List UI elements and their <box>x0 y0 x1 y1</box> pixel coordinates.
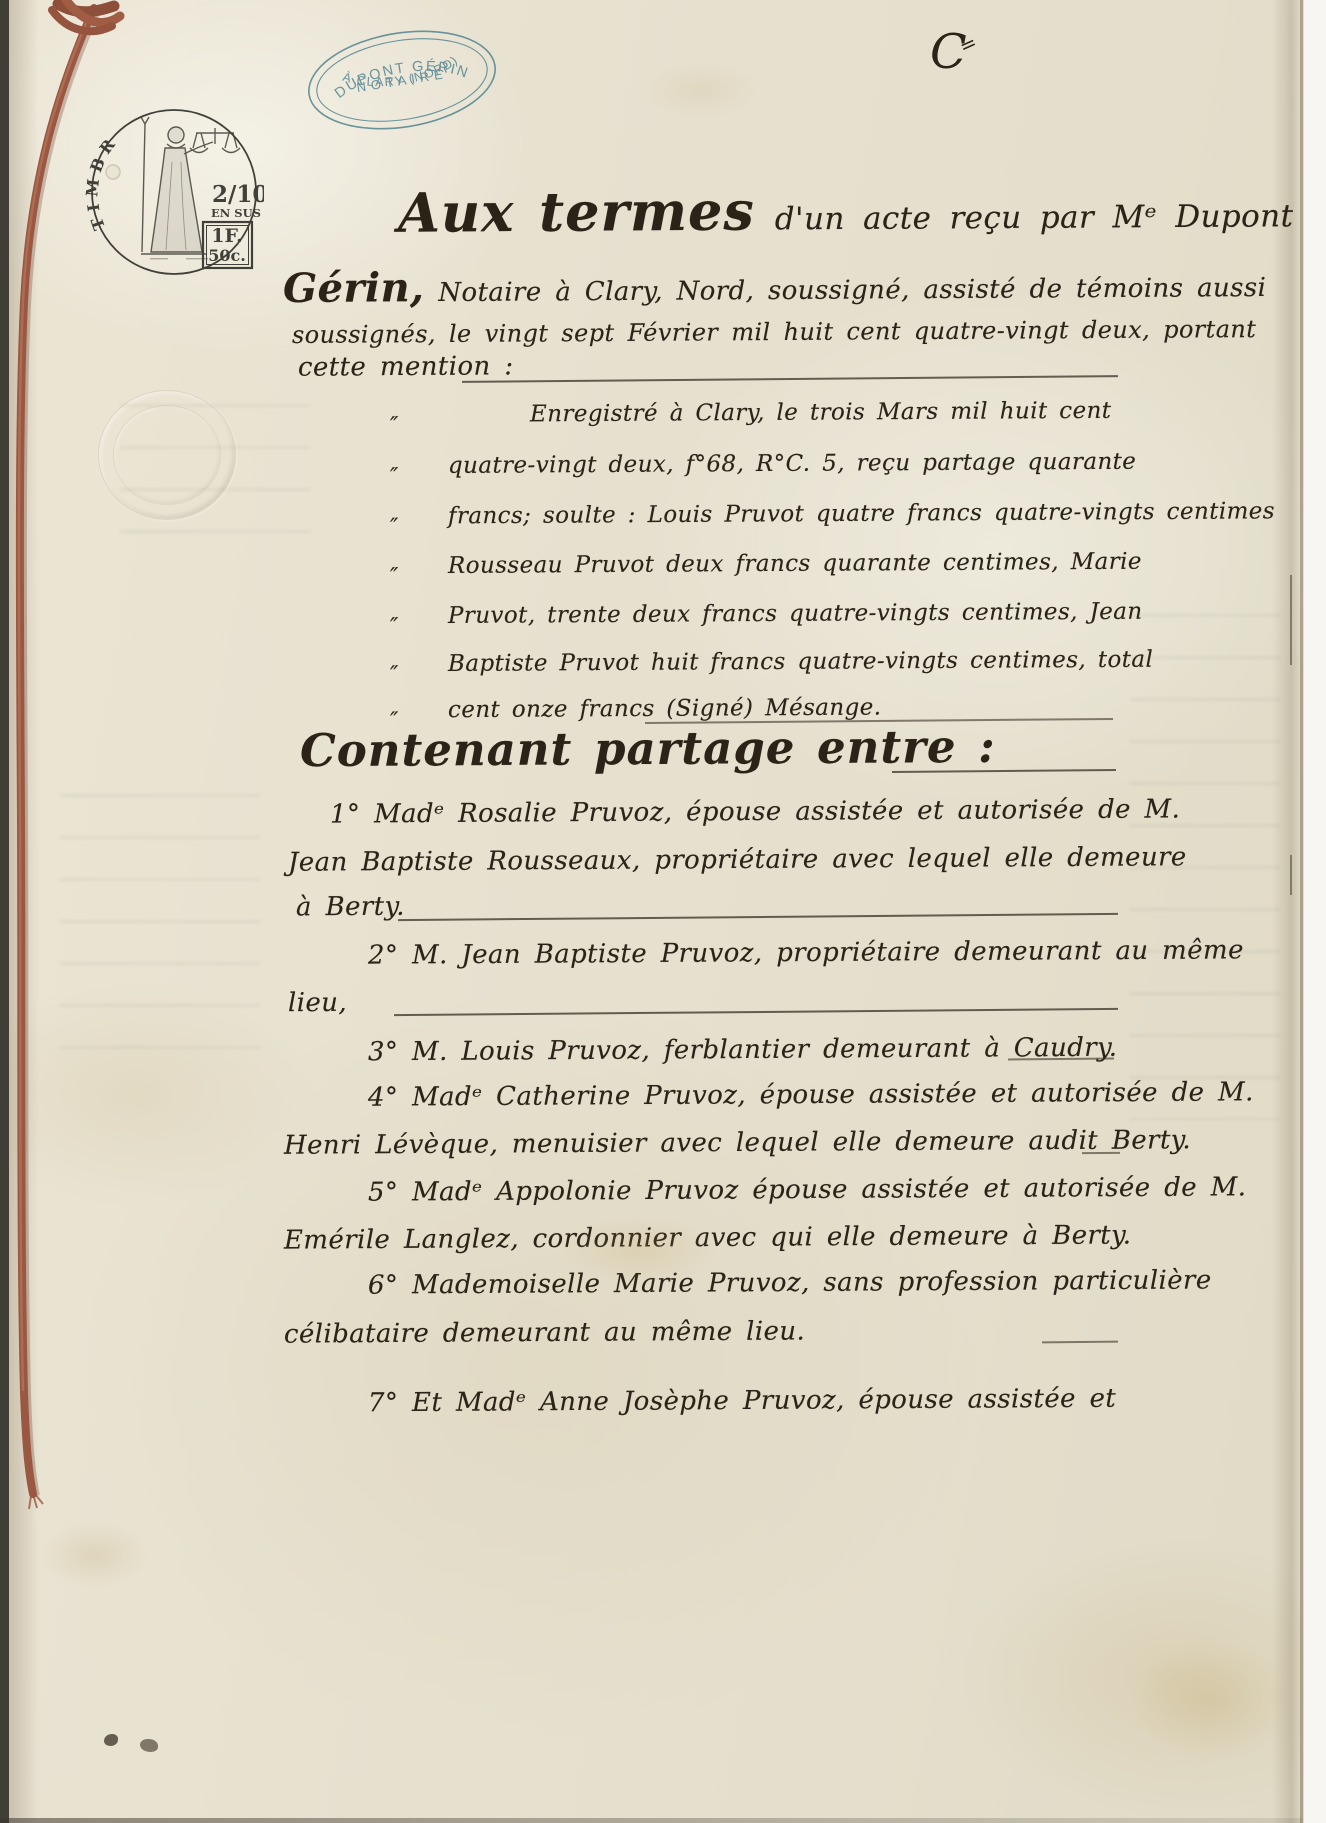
folio-letter: C <box>930 24 967 80</box>
punch-hole <box>106 165 120 179</box>
party-line: lieu, <box>288 988 347 1018</box>
folio-mark: C= <box>930 24 982 80</box>
manuscript-line: cette mention : <box>298 351 514 382</box>
registration-line: ″cent onze francs (Signé) Mésange. <box>390 694 882 723</box>
registration-line: ″Pruvot, trente deux francs quatre-vingt… <box>390 599 1143 630</box>
revenue-stamp-surcharge-label: EN SUS <box>211 206 261 220</box>
notary-line-rest: Notaire à Clary, Nord, soussigné, assist… <box>438 273 1266 308</box>
revenue-stamp-value-centimes: 50c. <box>208 246 246 265</box>
party-line: 1° Madᵉ Rosalie Pruvoz, épouse assistée … <box>330 794 1180 829</box>
party-line: 3° M. Louis Pruvoz, ferblantier demeuran… <box>368 1033 1118 1068</box>
party-line: 2° M. Jean Baptiste Pruvoz, propriétaire… <box>368 935 1244 970</box>
ditto-mark: ″ <box>390 564 448 589</box>
scanned-document-page: DUPONT GÉRIN NOTAIRE À CLARY (NORD) TIMB… <box>0 0 1326 1823</box>
party-line: célibataire demeurant au même lieu. <box>284 1316 805 1349</box>
paper-stain <box>640 60 760 120</box>
registration-line: ″francs; soulte : Louis Pruvot quatre fr… <box>390 498 1275 529</box>
heading-rest-text: d'un acte reçu par Mᵉ Dupont <box>775 198 1294 237</box>
revenue-stamp-surcharge-value: 2/10 <box>212 181 264 208</box>
fold-crease <box>1272 0 1302 1823</box>
scanner-background-right <box>1304 0 1326 1823</box>
ditto-mark: ″ <box>390 464 448 489</box>
heading-big-text: Aux termes <box>398 179 755 245</box>
subheading-line: Contenant partage entre : <box>300 720 996 777</box>
ditto-mark: ″ <box>390 662 448 687</box>
fold-mark <box>1290 575 1292 665</box>
notary-ink-stamp: DUPONT GÉRIN NOTAIRE À CLARY (NORD) <box>296 24 508 136</box>
ink-rule <box>398 913 1118 921</box>
paper-stain <box>1130 1640 1290 1760</box>
registration-line: ″Enregistré à Clary, le trois Mars mil h… <box>390 398 1112 428</box>
ditto-mark: ″ <box>390 514 448 539</box>
notary-name-text: Gérin, <box>283 264 425 312</box>
revenue-stamp-value-francs: 1F. <box>211 225 242 247</box>
party-line: 5° Madᵉ Appolonie Pruvoz épouse assistée… <box>368 1172 1247 1207</box>
manuscript-line: Gérin,Notaire à Clary, Nord, soussigné, … <box>283 259 1267 312</box>
registration-line: ″quatre-vingt deux, f°68, R°C. 5, reçu p… <box>390 449 1136 480</box>
heading-line: Aux termesd'un acte reçu par Mᵉ Dupont <box>398 175 1294 244</box>
party-line: Henri Lévèque, menuisier avec lequel ell… <box>284 1125 1191 1161</box>
ditto-mark: ″ <box>390 413 448 438</box>
manuscript-line: soussignés, le vingt sept Février mil hu… <box>292 315 1256 349</box>
party-line: 4° Madᵉ Catherine Pruvoz, épouse assisté… <box>368 1077 1254 1112</box>
party-line: à Berty. <box>296 892 405 923</box>
embossed-seal <box>98 390 236 520</box>
page-edge-right <box>1300 0 1303 1823</box>
page-edge-bottom <box>0 1818 1302 1823</box>
ink-spot <box>140 1739 158 1752</box>
fold-mark <box>1290 855 1292 895</box>
registration-line: ″Baptiste Pruvot huit francs quatre-ving… <box>390 647 1153 678</box>
party-line: 6° Mademoiselle Marie Pruvoz, sans profe… <box>368 1265 1212 1300</box>
ink-rule <box>394 1008 1118 1016</box>
ditto-mark: ″ <box>390 614 448 639</box>
party-line: Jean Baptiste Rousseaux, propriétaire av… <box>288 842 1187 877</box>
party-line: 7° Et Madᵉ Anne Josèphe Pruvoz, épouse a… <box>368 1384 1116 1419</box>
ink-rule <box>1042 1341 1118 1343</box>
revenue-stamp-image: TIMBRE 2/10 EN SUS 1F. 50c. <box>84 102 264 282</box>
party-line: Emérile Langlez, cordonnier avec qui ell… <box>284 1220 1132 1255</box>
ink-rule <box>462 375 1118 383</box>
registration-line: ″Rousseau Pruvot deux francs quarante ce… <box>390 549 1142 580</box>
